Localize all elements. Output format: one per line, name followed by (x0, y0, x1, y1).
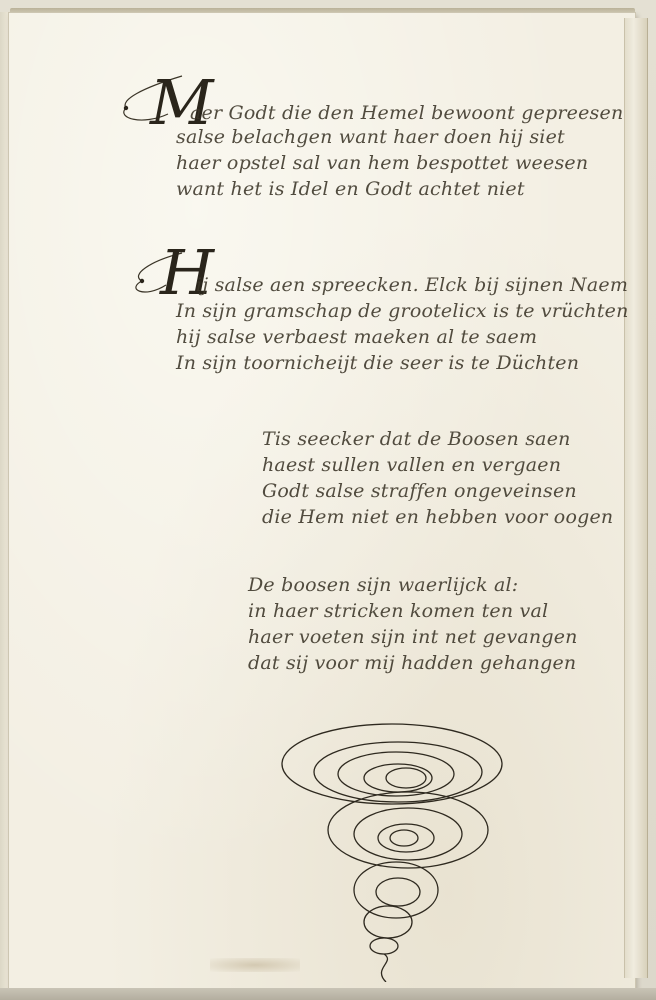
stanza-3: Tis seecker dat de Boosen saen haest sul… (262, 426, 613, 530)
stanza-1-body: salse belachgen want haer doen hij siet … (176, 124, 588, 202)
stanza-2: ij salse aen spreecken. Elck bij sijnen … (196, 272, 628, 298)
stanza-2-body: In sijn gramschap de grootelicx is te vr… (176, 298, 629, 376)
stanza-3-line-4: die Hem niet en hebben voor oogen (262, 504, 613, 530)
stanza-3-line-3: Godt salse straffen ongeveinsen (262, 478, 613, 504)
stanza-1-line-2: salse belachgen want haer doen hij siet (176, 124, 588, 150)
stanza-4: De boosen sijn waerlijck al: in haer str… (248, 572, 578, 676)
stanza-3-line-1: Tis seecker dat de Boosen saen (262, 426, 613, 452)
stanza-4-line-1: De boosen sijn waerlijck al: (248, 572, 578, 598)
spiral-flourish-icon (268, 712, 518, 982)
stanza-1-line-3: haer opstel sal van hem bespottet weesen (176, 150, 588, 176)
stanza-3-line-2: haest sullen vallen en vergaen (262, 452, 613, 478)
binding-strip (624, 18, 648, 978)
stanza-2-line-1: ij salse aen spreecken. Elck bij sijnen … (196, 272, 628, 298)
stanza-4-line-4: dat sij voor mij hadden gehangen (248, 650, 578, 676)
stanza-2-line-4: In sijn toornicheijt die seer is te Düch… (176, 350, 629, 376)
stanza-1: aer Godt die den Hemel bewoont gepreesen (190, 100, 623, 126)
page-bottom-shadow (0, 988, 656, 1000)
stanza-4-line-2: in haer stricken komen ten val (248, 598, 578, 624)
stanza-4-line-3: haer voeten sijn int net gevangen (248, 624, 578, 650)
stanza-1-line-1: aer Godt die den Hemel bewoont gepreesen (190, 100, 623, 126)
stanza-2-line-2: In sijn gramschap de grootelicx is te vr… (176, 298, 629, 324)
stanza-2-line-3: hij salse verbaest maeken al te saem (176, 324, 629, 350)
stanza-1-line-4: want het is Idel en Godt achtet niet (176, 176, 588, 202)
